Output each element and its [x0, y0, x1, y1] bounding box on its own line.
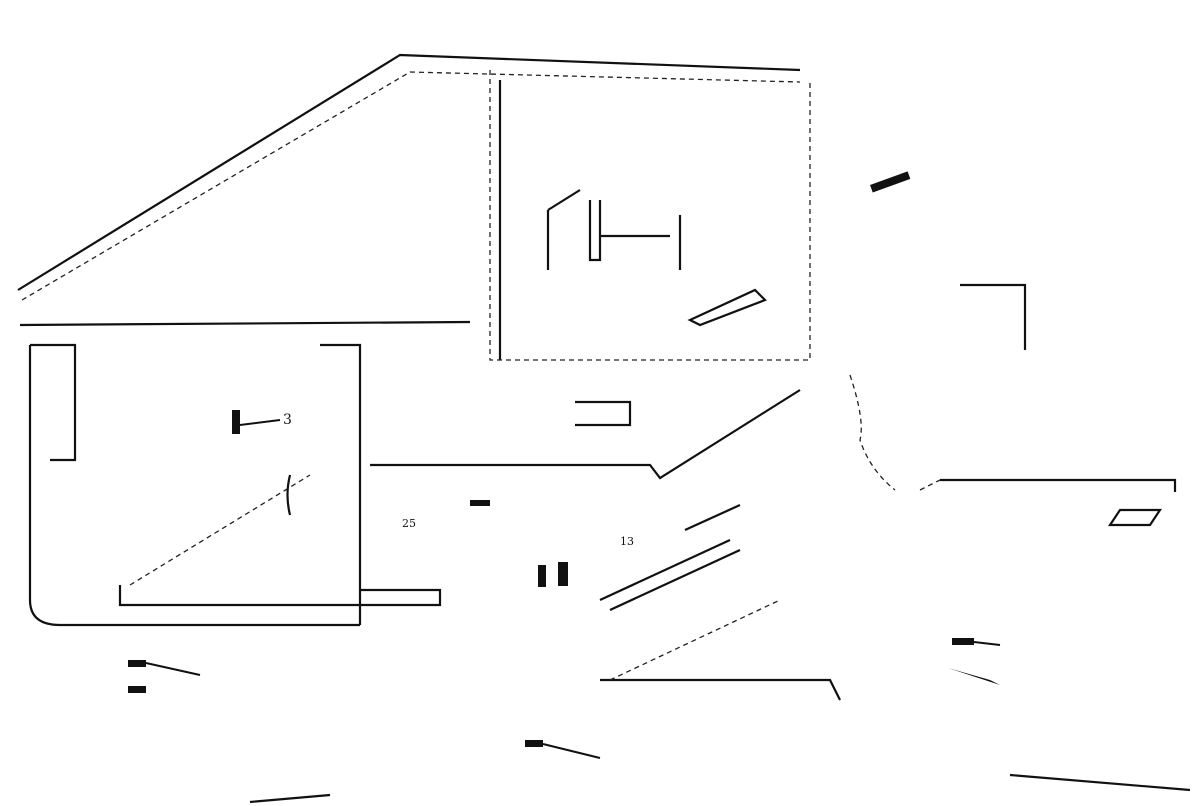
small-bracket [690, 290, 765, 325]
roof-frame-inner [22, 72, 800, 300]
diagram-drawing [0, 0, 1200, 806]
base-plate [600, 680, 840, 700]
rear-panel [490, 70, 810, 360]
center-post [320, 345, 360, 625]
floor-plate [370, 390, 800, 478]
left-frame [30, 345, 360, 625]
exploded-parts-diagram: 3 25 13 [0, 0, 1200, 806]
right-bracket [960, 285, 1025, 350]
right-panel [940, 480, 1175, 492]
label-3: 3 [283, 412, 292, 428]
roof-frame-outer [18, 55, 800, 290]
floor-rail [120, 585, 440, 605]
bracket-set [548, 190, 680, 270]
lower-rail [600, 540, 740, 610]
upper-rail [20, 322, 470, 325]
cable [850, 375, 895, 490]
label-13: 13 [620, 535, 634, 548]
label-25: 25 [402, 517, 416, 530]
